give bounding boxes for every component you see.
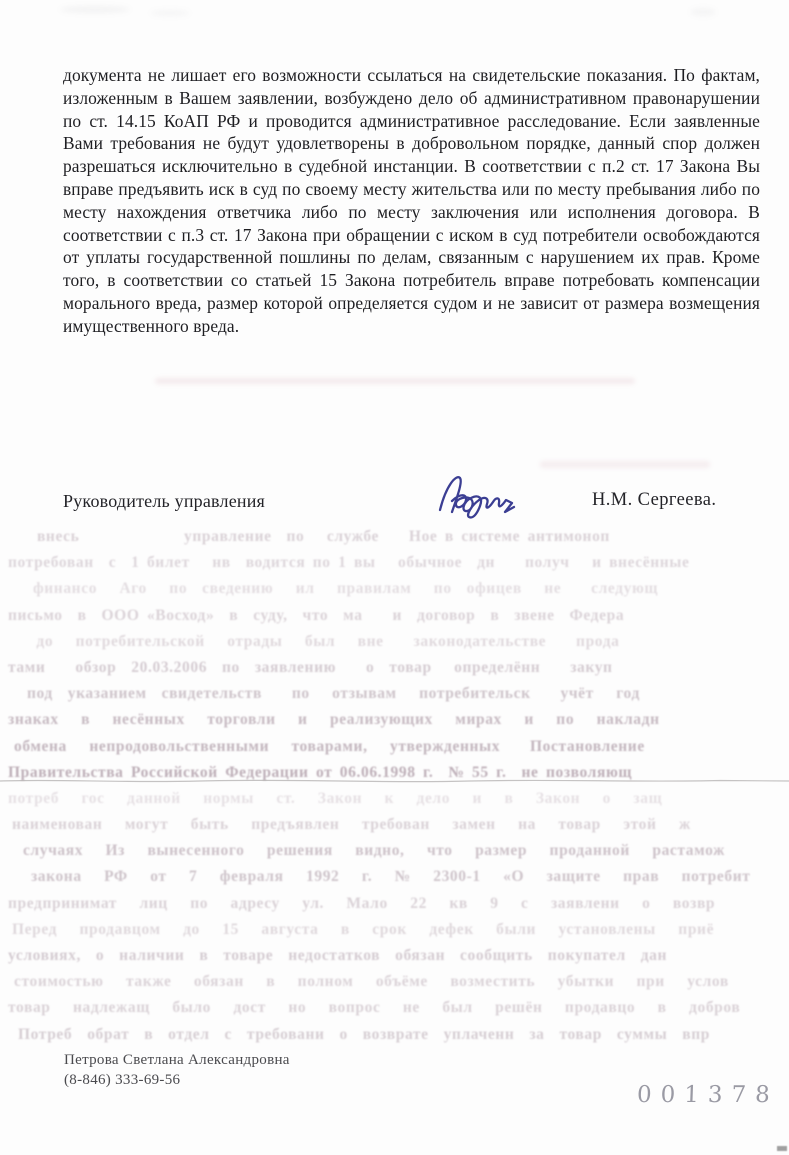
bleedthrough-line: случаях Из вынесенного решения видно, чт… [8, 838, 783, 864]
signatory-name: Н.М. Сергеева. [592, 490, 716, 511]
bleedthrough-line: Потреб обрат в отдел с требовани о возвр… [18, 1022, 783, 1048]
scan-artifact [150, 10, 190, 16]
bleedthrough-line: наименован могут быть предъявлен требова… [12, 812, 783, 838]
bleedthrough-line: под указанием свидетельств по отзывам по… [12, 681, 783, 707]
bleedthrough-line: Перед продавцом до 15 августа в срок деф… [12, 917, 783, 943]
scanned-letter-page: документа не лишает его возможности ссыл… [0, 0, 789, 1155]
bleedthrough-line: условиях, о наличии в товаре недостатков… [8, 943, 783, 969]
bleedthrough-line: до потребительской отрады был вне законо… [14, 629, 783, 655]
scan-artifact [690, 8, 716, 16]
bleedthrough-line: внесь управление по службе Ное в системе… [22, 524, 783, 550]
bleedthrough-line: обмена непродовольственными товарами, ут… [14, 734, 783, 760]
bleedthrough-line: товар надлежащ было дост но вопрос не бы… [8, 995, 783, 1021]
contact-phone: (8-846) 333-69-56 [64, 1070, 290, 1090]
handwritten-signature-ink [432, 468, 542, 523]
bleedthrough-line: потребован с 1 билет нв водится по 1 вы … [8, 550, 783, 576]
bleedthrough-line: тами обзор 20.03.2006 по заявлению о тов… [8, 655, 783, 681]
bleedthrough-smear [540, 461, 710, 468]
bleedthrough-line: закона РФ от 7 февраля 1992 г. № 2300-1 … [16, 864, 783, 890]
bleedthrough-line: знаках в несённых торговли и реализующих… [8, 707, 783, 733]
bleedthrough-smear [155, 378, 635, 384]
bleedthrough-block: внесь управление по службе Ное в системе… [8, 524, 783, 1054]
signatory-position-title: Руководитель управления [63, 491, 265, 512]
bleedthrough-line: финансо Аго по сведению ил правилам по о… [18, 576, 783, 602]
contact-block: Петрова Светлана Александровна (8-846) 3… [64, 1050, 290, 1090]
bleedthrough-line: письмо в ООО «Восход» в суду, что ма и д… [8, 603, 783, 629]
bleedthrough-line: стоимостью также обязан в полном объёме … [14, 969, 783, 995]
bleedthrough-line: потреб гос данной нормы ст. Закон к дело… [8, 786, 783, 812]
page-number-stamp: 001378 [637, 1082, 780, 1108]
paper-crease-line [0, 776, 789, 786]
scan-artifact [60, 6, 130, 13]
contact-name: Петрова Светлана Александровна [64, 1050, 290, 1070]
letter-body-paragraph: документа не лишает его возможности ссыл… [63, 64, 760, 338]
scan-artifact [777, 1146, 787, 1151]
bleedthrough-line: предпринимат лиц по адресу ул. Мало 22 к… [8, 891, 783, 917]
